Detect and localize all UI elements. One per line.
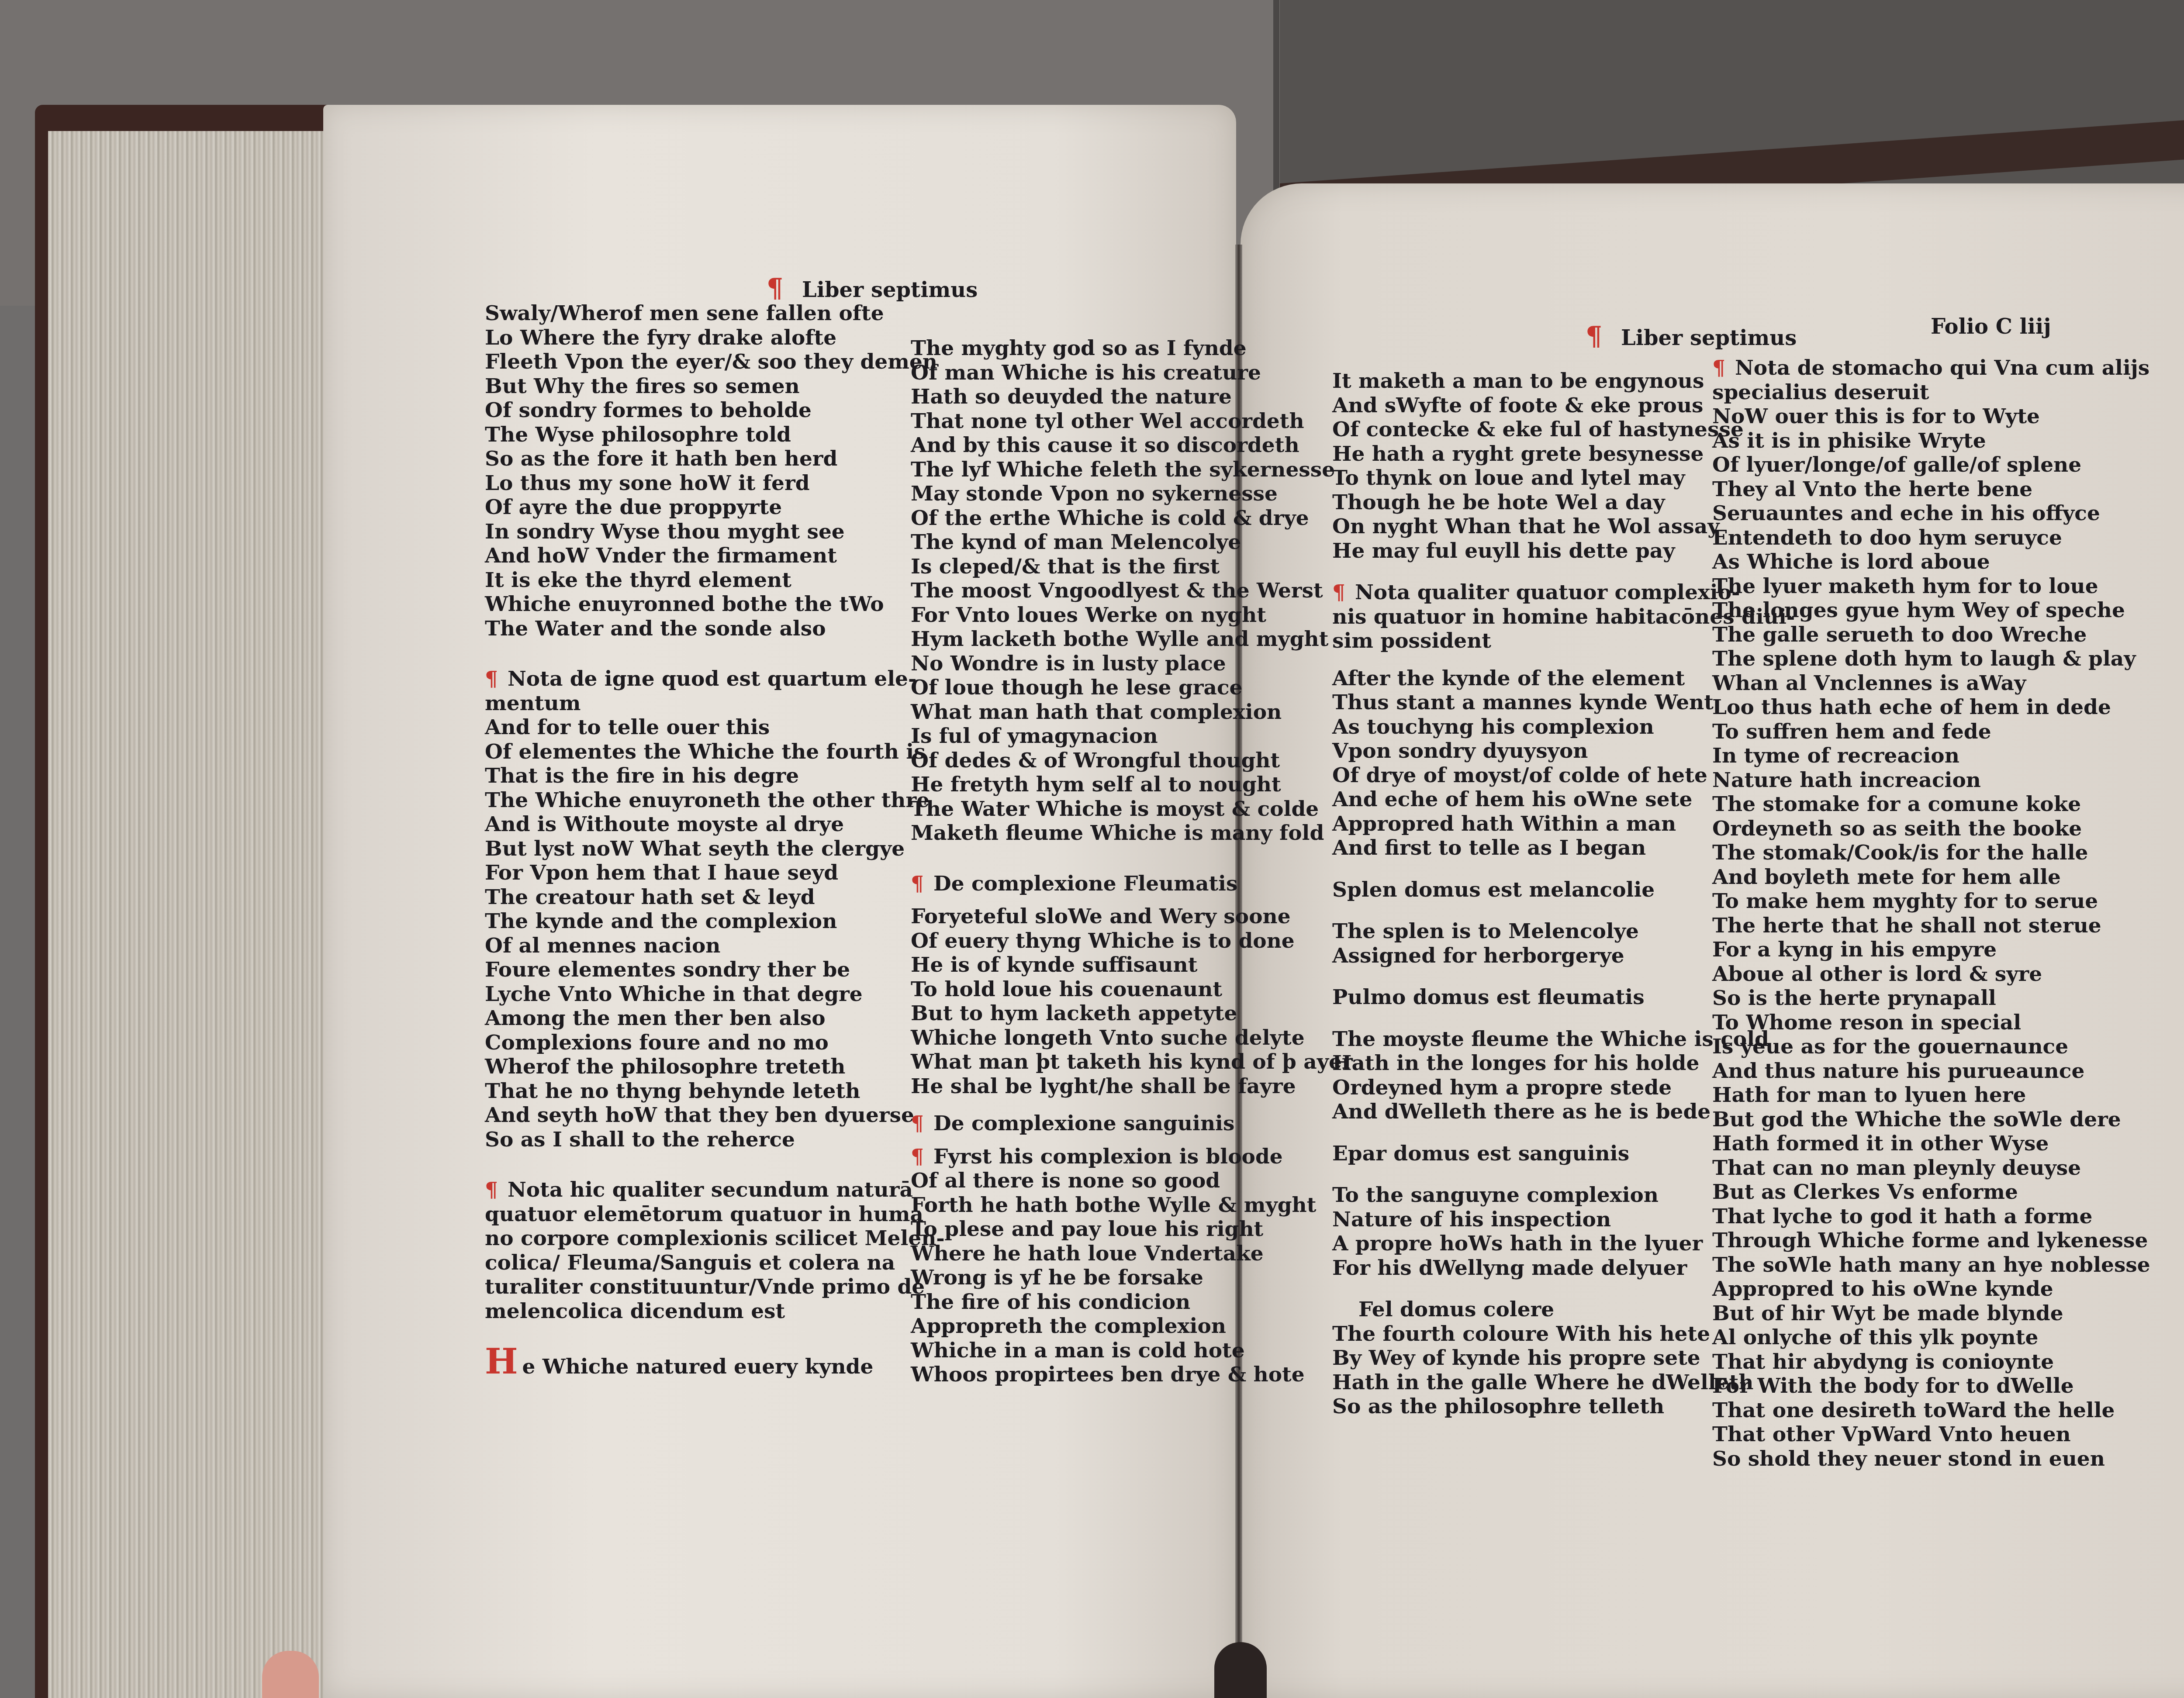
verse-line: The Water and the sonde also [485, 617, 945, 641]
verse-line: The soWle hath many an hye noblesse [1712, 1253, 2150, 1277]
verse-line: That one desireth toWard the helle [1712, 1398, 2150, 1423]
verse-line: But Why the fires so semen [485, 374, 945, 399]
verse-line: Foure elementes sondry ther be [485, 958, 945, 982]
book-gutter-shadow [1214, 1642, 1267, 1698]
verse-line: The myghty god so as I fynde [911, 336, 1353, 361]
verse-line: Of man Whiche is his creature [911, 361, 1353, 385]
left-page-column-1: Swaly/Wherof men sene fallen ofteLo Wher… [485, 301, 945, 1379]
verse-line: Where he hath loue Vndertake [911, 1242, 1353, 1266]
left-running-head: ¶ Liber septimus [767, 273, 978, 304]
verse-line: To hold loue his couenaunt [911, 977, 1353, 1002]
verse-line: May stonde Vpon no sykernesse [911, 482, 1353, 506]
verse-line-with-initial: He Whiche natured euery kynde [485, 1349, 945, 1379]
pilcrow-icon: ¶ [767, 273, 783, 304]
verse-line: The Whiche enuyroneth the other thre [485, 788, 945, 813]
verse-line: The Water Whiche is moyst & colde [911, 797, 1353, 821]
verse-block: NoW ouer this is for to WyteAs it is in … [1712, 404, 2150, 1471]
verse-line: Of al mennes nacion [485, 934, 945, 958]
rubric-pilcrow-icon: ¶ [1712, 356, 1725, 380]
verse-line: Fleeth Vpon the eyer/& soo they demen [485, 350, 945, 374]
verse-line: The kynd of man Melencolye [911, 530, 1353, 555]
rubric-pilcrow-icon: ¶ [485, 1178, 498, 1202]
verse-line: Foryeteful sloWe and Wery soone [911, 904, 1353, 929]
right-page-column-2: ¶Nota de stomacho qui Vna cum alijs spec… [1712, 356, 2150, 1471]
latin-gloss: ¶Nota de igne quod est quartum ele- ment… [485, 667, 945, 715]
section-heading: ¶De complexione Fleumatis [911, 872, 1353, 896]
reader-thumb [262, 1651, 319, 1698]
verse-line: Of lyuer/longe/of galle/of splene [1712, 453, 2150, 477]
verse-line: Entendeth to doo hym seruyce [1712, 526, 2150, 550]
left-page-column-2: The myghty god so as I fyndeOf man Which… [911, 336, 1353, 1387]
verse-line: What man þt taketh his kynd of þ ayer [911, 1050, 1353, 1074]
verse-line: Whiche in a man is cold hote [911, 1339, 1353, 1363]
verse-line: So shold they neuer stond in euen [1712, 1447, 2150, 1471]
verse-line: Ordeyneth so as seith the booke [1712, 817, 2150, 841]
verse-line: The moost Vngoodlyest & the Werst [911, 579, 1353, 603]
verse-line: To suffren hem and fede [1712, 720, 2150, 744]
verse-line: In tyme of recreacion [1712, 744, 2150, 768]
verse-line: Whan al Vnclennes is aWay [1712, 671, 2150, 696]
verse-line: So is the herte prynapall [1712, 986, 2150, 1011]
verse-line: Of sondry formes to beholde [485, 398, 945, 423]
verse-line: So as I shall to the reherce [485, 1128, 945, 1152]
verse-line: Lo thus my sone hoW it ferd [485, 471, 945, 496]
verse-line: That is the fire in his degre [485, 764, 945, 788]
verse-line: That can no man pleynly deuyse [1712, 1156, 2150, 1180]
verse-line: Of dedes & of Wrongful thought [911, 749, 1353, 773]
verse-line: The lyf Whiche feleth the sykernesse [911, 458, 1353, 482]
verse-line: For Vpon hem that I haue seyd [485, 861, 945, 885]
verse-line: Seruauntes and eche in his offyce [1712, 501, 2150, 526]
verse-line: Wrong is yf he be forsake [911, 1266, 1353, 1290]
verse-line: Lo Where the fyry drake alofte [485, 326, 945, 350]
verse-line: As Whiche is lord aboue [1712, 550, 2150, 574]
verse-line: And hoW Vnder the firmament [485, 544, 945, 568]
verse-line: Of the erthe Whiche is cold & drye [911, 506, 1353, 531]
verse-line: The lyuer maketh hym for to loue [1712, 574, 2150, 599]
verse-line: Nature hath increacion [1712, 768, 2150, 793]
verse-line: No Wondre is in lusty place [911, 652, 1353, 676]
verse-line: In sondry Wyse thou myght see [485, 520, 945, 544]
verse-line: For Vnto loues Werke on nyght [911, 603, 1353, 628]
verse-line: And for to telle ouer this [485, 715, 945, 740]
verse-line: Appropred to his oWne kynde [1712, 1277, 2150, 1301]
verse-line: And boyleth mete for hem alle [1712, 865, 2150, 890]
verse-line: To Whome reson in special [1712, 1011, 2150, 1035]
verse-line: He fretyth hym self al to nought [911, 773, 1353, 797]
verse-block: Swaly/Wherof men sene fallen ofteLo Wher… [485, 301, 945, 641]
section-heading: ¶De complexione sanguinis [911, 1111, 1353, 1136]
right-running-head: ¶ Liber septimus [1586, 321, 1797, 352]
verse-line: The fire of his condicion [911, 1290, 1353, 1315]
verse-line: Whoos propirtees ben drye & hote [911, 1363, 1353, 1387]
verse-line: Of elementes the Whiche the fourth is [485, 740, 945, 764]
verse-line: He shal be lyght/he shall be fayre [911, 1074, 1353, 1099]
verse-line: Hath so deuyded the nature [911, 385, 1353, 409]
verse-line: For a kyng in his empyre [1712, 938, 2150, 962]
verse-line: To plese and pay loue his right [911, 1217, 1353, 1242]
latin-gloss: ¶Nota hic qualiter secundum naturā quatu… [485, 1178, 945, 1323]
verse-block: The myghty god so as I fyndeOf man Which… [911, 336, 1353, 846]
verse-line: But to hym lacketh appetyte [911, 1001, 1353, 1026]
verse-line: As it is in phisike Wryte [1712, 429, 2150, 453]
verse-line: Loo thus hath eche of hem in dede [1712, 695, 2150, 720]
verse-line: But of hir Wyt be made blynde [1712, 1301, 2150, 1326]
book-page-edges [48, 131, 328, 1698]
verse-line: Forth he hath bothe Wylle & myght [911, 1193, 1353, 1218]
verse-line: And thus nature his purueaunce [1712, 1059, 2150, 1084]
verse-line: Is yeue as for the gouernaunce [1712, 1035, 2150, 1059]
pilcrow-icon: ¶ [1586, 321, 1602, 352]
verse-line: That none tyl other Wel accordeth [911, 409, 1353, 434]
verse-line: The stomak/Cook/is for the halle [1712, 841, 2150, 865]
running-head-text: Liber septimus [1621, 326, 1797, 350]
verse-line: That other VpWard Vnto heuen [1712, 1422, 2150, 1447]
folio-number: Folio C liij [1931, 314, 2051, 339]
verse-line: Hym lacketh bothe Wylle and myght [911, 627, 1353, 652]
verse-line: NoW ouer this is for to Wyte [1712, 404, 2150, 429]
verse-block: Of al there is none so goodForth he hath… [911, 1169, 1353, 1387]
running-head-text: Liber septimus [802, 278, 978, 302]
verse-line: Is cleped/& that is the first [911, 555, 1353, 579]
verse-block: Foryeteful sloWe and Wery sooneOf euery … [911, 904, 1353, 1098]
verse-line: The herte that he shall not sterue [1712, 914, 2150, 938]
verse-line: That hir abydyng is conioynte [1712, 1350, 2150, 1374]
verse-line: It is eke the thyrd element [485, 568, 945, 593]
verse-line: Hath for man to lyuen here [1712, 1083, 2150, 1108]
verse-line: Complexions foure and no mo [485, 1031, 945, 1055]
verse-line: That he no thyng behynde leteth [485, 1079, 945, 1104]
verse-line: And by this cause it so discordeth [911, 433, 1353, 458]
verse-line: But god the Whiche the soWle dere [1712, 1108, 2150, 1132]
verse-line: The Wyse philosophre told [485, 423, 945, 447]
verse-line: And is Withoute moyste al drye [485, 812, 945, 837]
verse-line: Maketh fleume Whiche is many fold [911, 821, 1353, 846]
rubric-pilcrow-icon: ¶ [1332, 580, 1345, 604]
verse-line: But as Clerkes Vs enforme [1712, 1180, 2150, 1204]
verse-line: What man hath that complexion [911, 700, 1353, 725]
verse-line: That lyche to god it hath a forme [1712, 1204, 2150, 1229]
verse-line: Al onlyche of this ylk poynte [1712, 1325, 2150, 1350]
verse-line: Lyche Vnto Whiche in that degre [485, 982, 945, 1007]
verse-line: Of al there is none so good [911, 1169, 1353, 1193]
verse-block: And for to telle ouer thisOf elementes t… [485, 715, 945, 1152]
verse-line: Through Whiche forme and lykenesse [1712, 1229, 2150, 1253]
verse-line: Is ful of ymagynacion [911, 724, 1353, 749]
rubric-pilcrow-icon: ¶ [911, 1111, 924, 1135]
verse-line: For With the body for to dWelle [1712, 1374, 2150, 1398]
red-initial: H [485, 1341, 518, 1382]
verse-line: Swaly/Wherof men sene fallen ofte [485, 301, 945, 326]
verse-line: And seyth hoW that they ben dyuerse [485, 1103, 945, 1128]
verse-line: The stomake for a comune koke [1712, 792, 2150, 817]
verse-line: He is of kynde suffisaunt [911, 953, 1353, 977]
verse-line: Whiche longeth Vnto suche delyte [911, 1026, 1353, 1050]
rubric-pilcrow-icon: ¶ [485, 667, 498, 691]
verse-line: They al Vnto the herte bene [1712, 477, 2150, 502]
verse-line: The splene doth hym to laugh & play [1712, 647, 2150, 671]
verse-line: Aboue al other is lord & syre [1712, 962, 2150, 987]
verse-line: Of ayre the due proppyrte [485, 495, 945, 520]
verse-line: Wherof the philosophre treteth [485, 1055, 945, 1079]
verse-line: The galle serueth to doo Wreche [1712, 623, 2150, 647]
verse-line: The kynde and the complexion [485, 909, 945, 934]
verse-line: The longes gyue hym Wey of speche [1712, 598, 2150, 623]
latin-gloss: ¶Nota de stomacho qui Vna cum alijs spec… [1712, 356, 2150, 404]
verse-line: Among the men ther ben also [485, 1006, 945, 1031]
verse-line: Whiche enuyronned bothe the tWo [485, 592, 945, 617]
verse-line: Of euery thyng Whiche is to done [911, 929, 1353, 953]
verse-line: Of loue though he lese grace [911, 676, 1353, 700]
verse-line: But lyst noW What seyth the clergye [485, 837, 945, 861]
rubric-pilcrow-icon: ¶ [911, 1145, 924, 1169]
rubric-pilcrow-icon: ¶ [911, 872, 924, 896]
verse-line: So as the fore it hath ben herd [485, 447, 945, 471]
verse-line: Hath formed it in other Wyse [1712, 1132, 2150, 1156]
verse-line: Appropreth the complexion [911, 1314, 1353, 1339]
verse-line: To make hem myghty for to serue [1712, 889, 2150, 914]
verse-line: The creatour hath set & leyd [485, 885, 945, 910]
